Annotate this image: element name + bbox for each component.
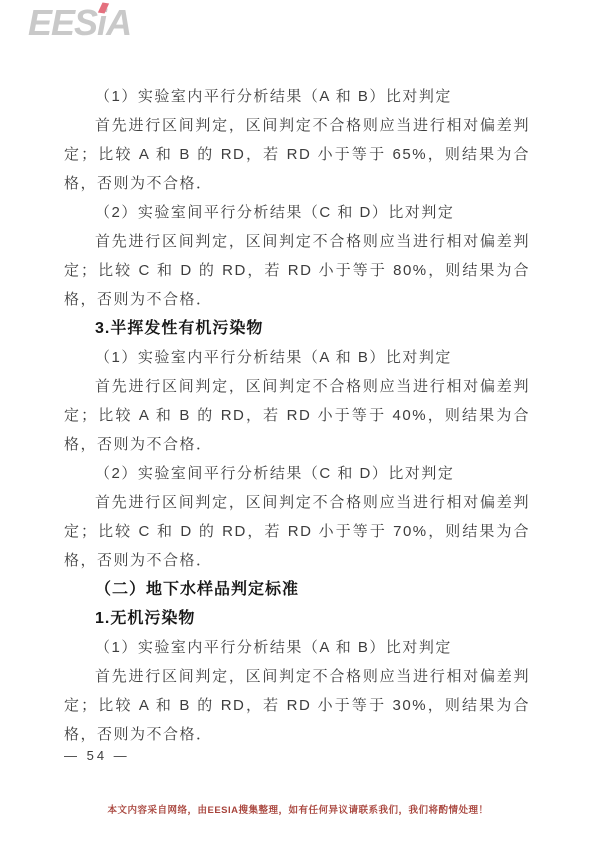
footer-note: 本文内容采自网络，由EESIA搜集整理，如有任何异议请联系我们，我们将酌情处理！ [0,802,596,816]
paragraph: 首先进行区间判定，区间判定不合格则应当进行相对偏差判定；比较 C 和 D 的 R… [64,488,530,575]
logo-text-a: A [106,2,131,43]
eesia-logo: EESiA [28,2,131,44]
page-number: — 54 — [64,748,130,763]
para-title: （1）实验室内平行分析结果（A 和 B）比对判定 [64,633,530,662]
section-heading: 3.半挥发性有机污染物 [64,314,530,343]
paragraph: 首先进行区间判定，区间判定不合格则应当进行相对偏差判定；比较 C 和 D 的 R… [64,227,530,314]
para-title: （1）实验室内平行分析结果（A 和 B）比对判定 [64,82,530,111]
section-heading: （二）地下水样品判定标准 [64,575,530,604]
document-body: （1）实验室内平行分析结果（A 和 B）比对判定 首先进行区间判定，区间判定不合… [64,82,530,749]
document-page: EESiA （1）实验室内平行分析结果（A 和 B）比对判定 首先进行区间判定，… [0,0,596,842]
logo-text-ees: EES [28,2,97,43]
para-title: （2）实验室间平行分析结果（C 和 D）比对判定 [64,198,530,227]
section-heading: 1.无机污染物 [64,604,530,633]
logo-letter-i: i [97,2,106,44]
paragraph: 首先进行区间判定，区间判定不合格则应当进行相对偏差判定；比较 A 和 B 的 R… [64,662,530,749]
paragraph: 首先进行区间判定，区间判定不合格则应当进行相对偏差判定；比较 A 和 B 的 R… [64,372,530,459]
paragraph: 首先进行区间判定，区间判定不合格则应当进行相对偏差判定；比较 A 和 B 的 R… [64,111,530,198]
para-title: （1）实验室内平行分析结果（A 和 B）比对判定 [64,343,530,372]
para-title: （2）实验室间平行分析结果（C 和 D）比对判定 [64,459,530,488]
